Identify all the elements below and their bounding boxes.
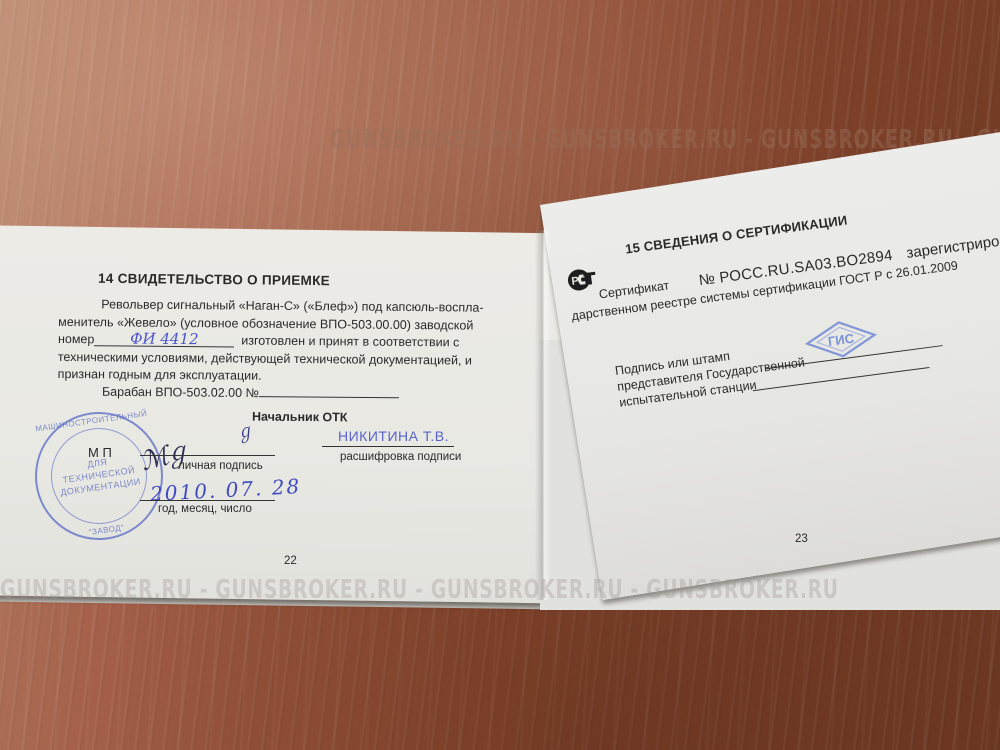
left-page-number: 22 [284,555,297,567]
acceptance-body-text: Револьвер сигнальный «Наган-С» («Блеф») … [58,296,529,388]
drum-number-field: Барабан ВПО-503.02.00 № [102,385,399,402]
personal-signature-line [140,455,275,456]
date-line [140,500,275,501]
drum-label: Барабан ВПО-503.02.00 № [102,385,259,400]
right-page-number: 23 [795,533,808,545]
watermark-bottom: GUNSBROKER.RU - GUNSBROKER.RU - GUNSBROK… [0,575,839,605]
mp-stamp-place-label: М П [88,445,112,460]
personal-signature-label: личная подпись [178,460,263,472]
rst-certification-logo-icon: Р [565,266,598,294]
signature-decode-value: НИКИТИНА Т.В. [338,428,449,444]
booklet-spine [535,230,551,600]
signature-decode-label: расшифровка подписи [340,451,461,463]
serial-label: номер [58,332,94,346]
section-title-acceptance: 14 СВИДЕТЕЛЬСТВО О ПРИЕМКЕ [98,271,330,288]
signature-decode-line [322,446,454,447]
otk-head-label: Начальник ОТК [252,410,348,425]
date-label: год, месяц, число [158,503,252,515]
svg-text:ГИС: ГИС [827,331,855,349]
serial-handwritten: ФИ 4412 [94,331,234,347]
drum-number-blank [259,396,399,398]
body-line-3-text: изготовлен и принят в соответствии с [241,334,459,350]
passport-booklet: 14 СВИДЕТЕЛЬСТВО О ПРИЕМКЕ Револьвер сиг… [0,0,1000,750]
